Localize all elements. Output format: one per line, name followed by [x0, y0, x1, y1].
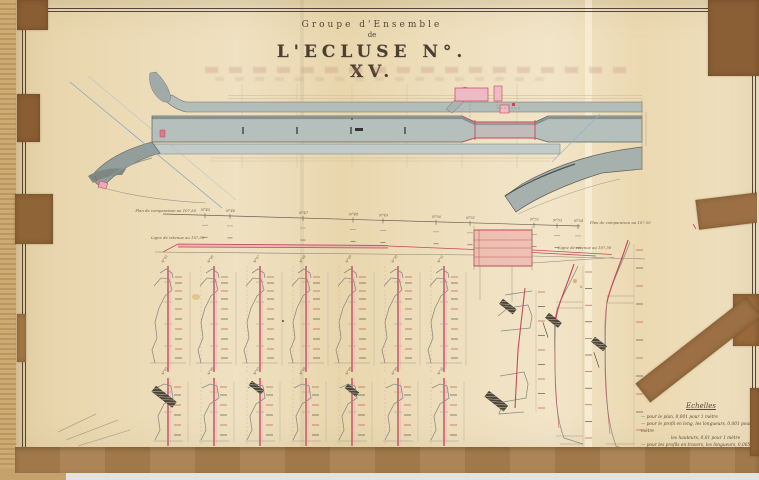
cross-sections: N°45N°45N°46N°46N°47N°47N°48N°48N°49N°49… [150, 240, 643, 456]
tape-patch-top-right [708, 0, 759, 76]
plan-view [70, 72, 646, 214]
label-retenue-right: Ligne de retenue au 107,50 [557, 245, 612, 250]
cardboard-backing-strip [0, 0, 16, 480]
svg-text:N°49: N°49 [378, 213, 389, 217]
svg-text:N°48: N°48 [348, 212, 359, 216]
left-spur [150, 72, 171, 102]
scale-note-title: Echelles [641, 401, 759, 413]
svg-text:N°51: N°51 [436, 254, 445, 264]
scale-note-line: — pour le profil en long, les longueurs,… [641, 421, 759, 435]
label-plan-comparaison-right: Plan de comparaison au 107,50 [589, 220, 651, 225]
tape-band-bottom [15, 447, 759, 473]
tape-patch-left-3 [17, 314, 26, 362]
upper-bank [164, 95, 642, 112]
scale-note-line: les hauteurs, 0,01 pour 1 mètre [641, 435, 759, 442]
scale-note-line: — pour le plan, 0,001 pour 1 mètre [641, 414, 759, 421]
tape-patch-left-1 [17, 94, 40, 142]
section-curved-a [543, 264, 583, 446]
svg-text:N°48: N°48 [298, 254, 307, 264]
svg-text:N°45: N°45 [200, 208, 210, 212]
scanned-drawing-sheet: Groupe d'Ensemble de L'ECLUSE N°. XV. [0, 0, 759, 480]
label-retenue-left: Ligne de retenue au 107,50 [150, 235, 205, 240]
svg-text:N°45: N°45 [160, 254, 169, 264]
canal-water [152, 116, 642, 142]
lower-bank [152, 144, 560, 154]
svg-text:N°46: N°46 [206, 254, 215, 264]
svg-text:N°53: N°53 [552, 218, 562, 222]
svg-text:N°50: N°50 [390, 254, 399, 264]
svg-text:N°49: N°49 [344, 254, 353, 264]
svg-text:N°51: N°51 [465, 216, 475, 220]
svg-text:N°50: N°50 [431, 215, 442, 219]
tape-patch-right-bottom [750, 388, 759, 456]
svg-text:N°47: N°47 [252, 254, 261, 265]
label-plan-comparaison-left: Plan de comparaison au 107,50 [134, 208, 196, 213]
profile-view: N°45N°46N°47N°48N°49N°50N°51N°52N°53N°54… [134, 208, 696, 302]
stains-and-marks [58, 118, 582, 446]
tape-patch-left-2 [15, 194, 53, 244]
branch-channel [505, 147, 642, 212]
svg-text:N°46: N°46 [225, 209, 236, 213]
svg-text:N°52: N°52 [529, 218, 539, 222]
lock-buildings [455, 86, 520, 117]
tape-patch-top-left [17, 0, 48, 30]
svg-text:N°47: N°47 [298, 211, 309, 215]
svg-text:N°54: N°54 [573, 219, 583, 223]
profile-ruler [163, 214, 580, 226]
